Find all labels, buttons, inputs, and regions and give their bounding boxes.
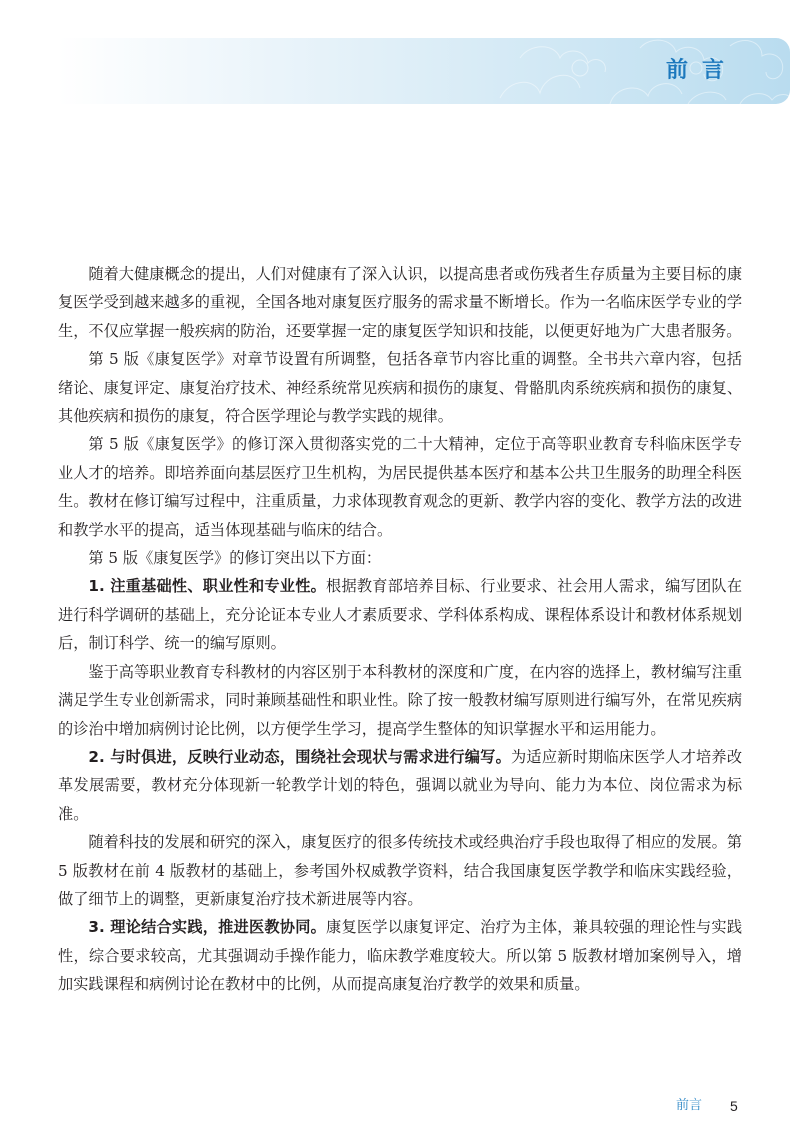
paragraph: 随着科技的发展和研究的深入，康复医疗的很多传统技术或经典治疗手段也取得了相应的发… [58,828,742,913]
footer-section-label: 前言 [676,1096,702,1116]
paragraph: 第 5 版《康复医学》对章节设置有所调整，包括各章节内容比重的调整。全书共六章内… [58,345,742,430]
paragraph-text: 第 5 版《康复医学》对章节设置有所调整，包括各章节内容比重的调整。全书共六章内… [58,350,742,425]
paragraph: 第 5 版《康复医学》的修订深入贯彻落实党的二十大精神，定位于高等职业教育专科临… [58,430,742,544]
point-heading: 3. 理论结合实践，推进医教协同。 [88,918,326,936]
paragraph: 随着大健康概念的提出，人们对健康有了深入认识，以提高患者或伤残者生存质量为主要目… [58,260,742,345]
paragraph-point-1: 1. 注重基础性、职业性和专业性。根据教育部培养目标、行业要求、社会用人需求，编… [58,572,742,657]
paragraph: 第 5 版《康复医学》的修订突出以下方面： [58,544,742,572]
paragraph-text: 第 5 版《康复医学》的修订突出以下方面： [88,549,381,567]
paragraph-text: 鉴于高等职业教育专科教材的内容区别于本科教材的深度和广度，在内容的选择上，教材编… [58,663,742,738]
cloud-pattern-decoration [490,38,790,104]
point-heading: 1. 注重基础性、职业性和专业性。 [88,577,326,595]
chapter-title: 前言 [666,53,738,89]
point-heading: 2. 与时俱进，反映行业动态，围绕社会现状与需求进行编写。 [88,748,511,766]
paragraph-point-3: 3. 理论结合实践，推进医教协同。康复医学以康复评定、治疗为主体，兼具较强的理论… [58,913,742,998]
page-number: 5 [730,1096,738,1116]
paragraph-point-2: 2. 与时俱进，反映行业动态，围绕社会现状与需求进行编写。为适应新时期临床医学人… [58,743,742,828]
paragraph-text: 第 5 版《康复医学》的修订深入贯彻落实党的二十大精神，定位于高等职业教育专科临… [58,435,742,538]
paragraph-text: 随着大健康概念的提出，人们对健康有了深入认识，以提高患者或伤残者生存质量为主要目… [58,265,742,340]
preface-body: 随着大健康概念的提出，人们对健康有了深入认识，以提高患者或伤残者生存质量为主要目… [58,260,742,999]
paragraph: 鉴于高等职业教育专科教材的内容区别于本科教材的深度和广度，在内容的选择上，教材编… [58,658,742,743]
page-footer: 前言 5 [0,1096,800,1116]
chapter-header-banner: 前言 [58,38,790,104]
paragraph-text: 随着科技的发展和研究的深入，康复医疗的很多传统技术或经典治疗手段也取得了相应的发… [58,833,742,908]
